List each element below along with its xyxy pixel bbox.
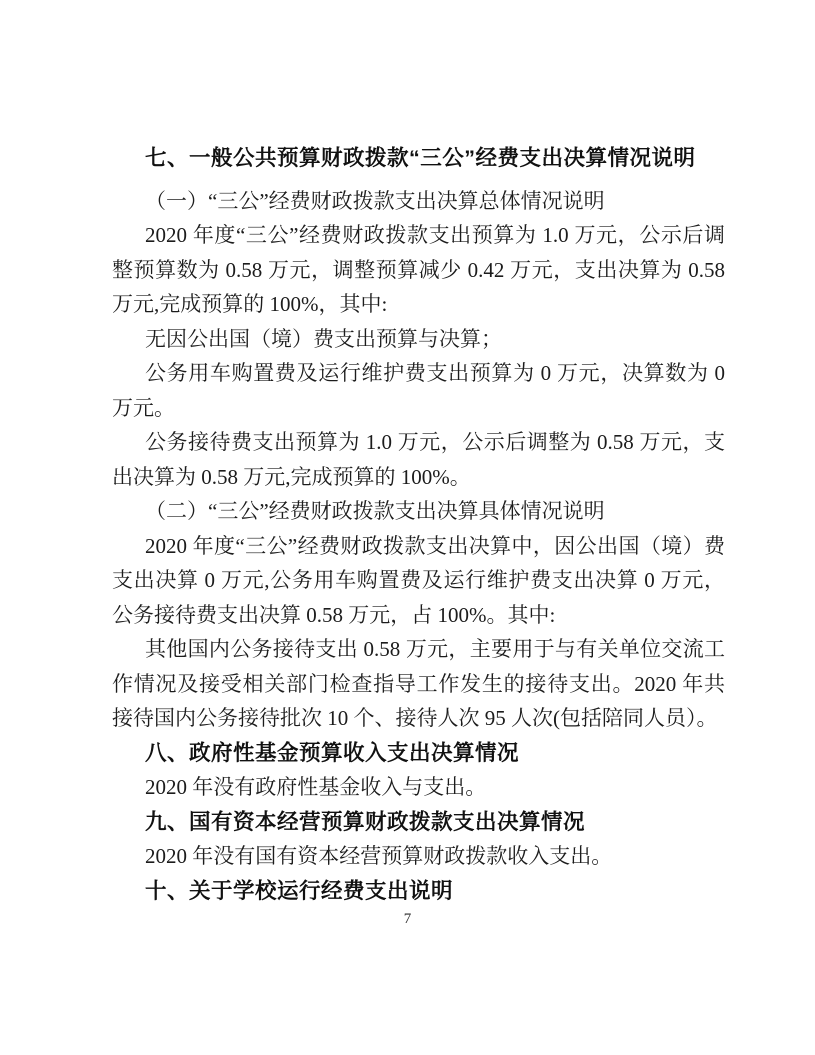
document-page: 七、一般公共预算财政拨款“三公”经费支出决算情况说明 （一）“三公”经费财政拨款…: [0, 0, 815, 1055]
section-heading-eight-gov-fund: 八、政府性基金预算收入支出决算情况: [112, 736, 725, 771]
paragraph-no-gov-fund: 2020 年没有政府性基金收入与支出。: [112, 770, 725, 805]
paragraph-official-reception-budget: 公务接待费支出预算为 1.0 万元，公示后调整为 0.58 万元，支出决算为 0…: [112, 425, 725, 494]
subsection-heading-one-overall: （一）“三公”经费财政拨款支出决算总体情况说明: [112, 184, 725, 219]
paragraph-domestic-reception-detail: 其他国内公务接待支出 0.58 万元，主要用于与有关单位交流工作情况及接受相关部…: [112, 632, 725, 736]
section-heading-ten-school-operating-expense: 十、关于学校运行经费支出说明: [112, 874, 725, 909]
paragraph-three-public-detail: 2020 年度“三公”经费财政拨款支出决算中，因公出国（境）费支出决算 0 万元…: [112, 529, 725, 633]
document-content: 七、一般公共预算财政拨款“三公”经费支出决算情况说明 （一）“三公”经费财政拨款…: [112, 141, 725, 908]
paragraph-official-vehicle-expense: 公务用车购置费及运行维护费支出预算为 0 万元，决算数为 0 万元。: [112, 356, 725, 425]
page-number: 7: [0, 908, 815, 930]
subsection-heading-two-detail: （二）“三公”经费财政拨款支出决算具体情况说明: [112, 494, 725, 529]
section-heading-nine-state-capital: 九、国有资本经营预算财政拨款支出决算情况: [112, 805, 725, 840]
paragraph-no-state-capital: 2020 年没有国有资本经营预算财政拨款收入支出。: [112, 839, 725, 874]
paragraph-no-abroad-expense: 无因公出国（境）费支出预算与决算；: [112, 322, 725, 357]
paragraph-three-public-budget-overall: 2020 年度“三公”经费财政拨款支出预算为 1.0 万元，公示后调整预算数为 …: [112, 218, 725, 322]
section-heading-seven-three-public-expense: 七、一般公共预算财政拨款“三公”经费支出决算情况说明: [112, 141, 725, 176]
